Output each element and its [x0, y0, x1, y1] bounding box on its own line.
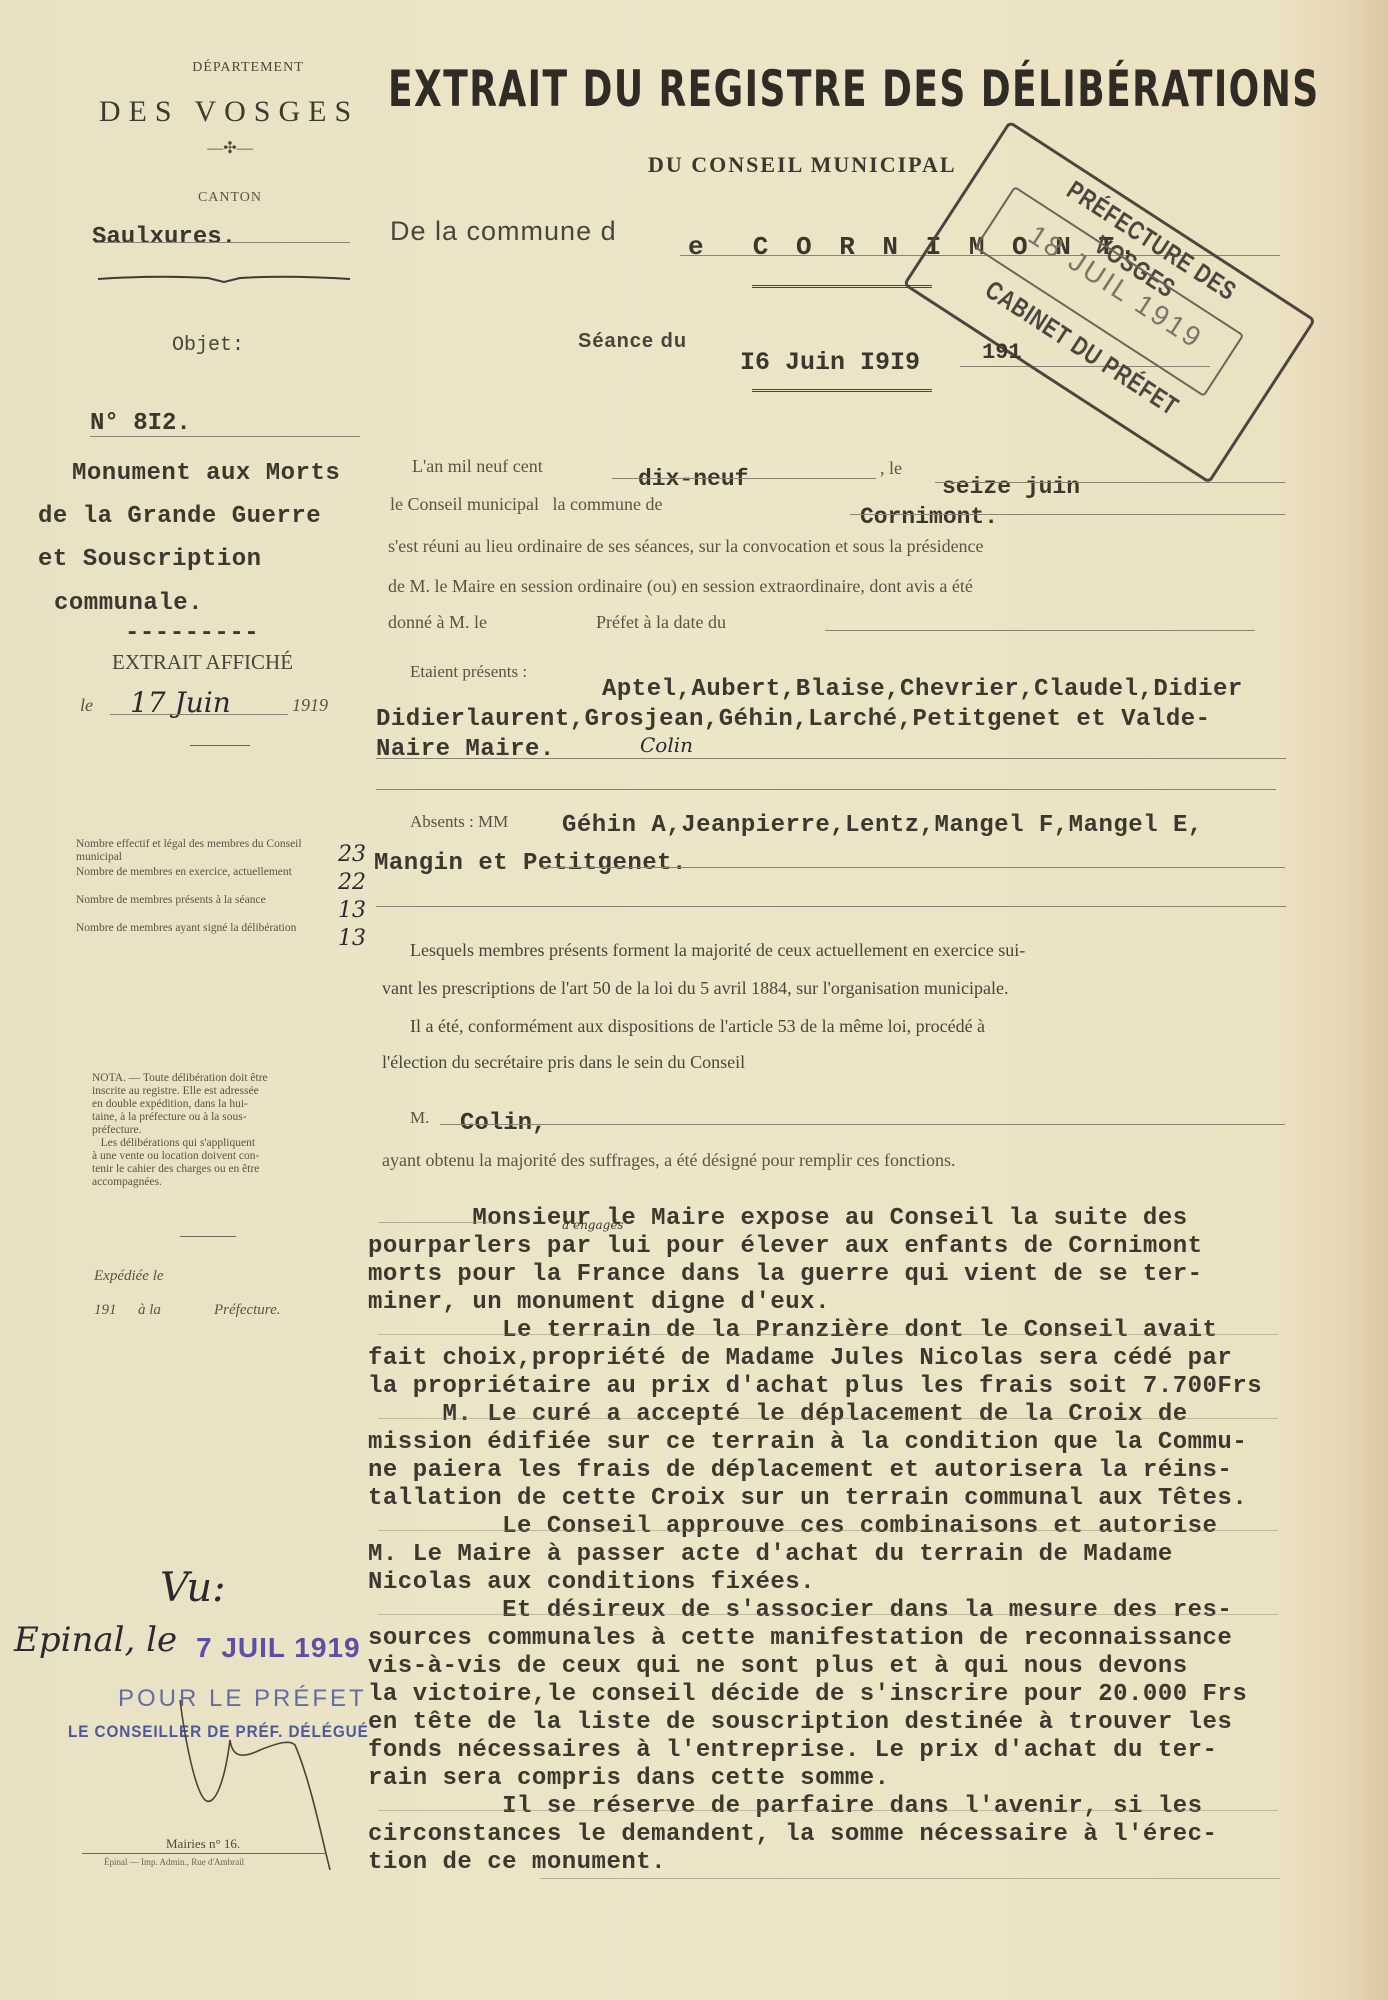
- body-line: tallation de cette Croix sur un terrain …: [368, 1485, 1368, 1513]
- stamp-overwrite-year: 191: [982, 340, 1022, 365]
- canton-value: Saulxures.: [92, 224, 236, 251]
- body-line: Nicolas aux conditions fixées.: [368, 1569, 1368, 1597]
- count-value: 22: [338, 870, 366, 895]
- date-value: seize juin: [942, 474, 1080, 500]
- body-line: la propriétaire au prix d'achat plus les…: [368, 1373, 1368, 1401]
- body-line: mission édifiée sur ce terrain à la cond…: [368, 1429, 1368, 1457]
- document-subtitle: DU CONSEIL MUNICIPAL: [648, 152, 957, 178]
- objet-label: Objet:: [172, 334, 244, 357]
- nota-line: accompagnées.: [92, 1176, 362, 1189]
- body-line: tion de ce monument.: [368, 1849, 1368, 1877]
- expediee-label: Expédiée le: [94, 1268, 164, 1285]
- body-line: vis-à-vis de ceux qui ne sont plus et à …: [368, 1653, 1368, 1681]
- canton-label: CANTON: [160, 190, 300, 206]
- body-line: miner, un monument digne d'eux.: [368, 1289, 1368, 1317]
- seance-double-rule: [752, 389, 932, 392]
- secretary-rule: [440, 1124, 1285, 1125]
- secretary-line-4: l'élection du secrétaire pris dans le se…: [382, 1052, 745, 1073]
- body-line: la victoire,le conseil décide de s'inscr…: [368, 1681, 1368, 1709]
- expediee-year: 191: [94, 1302, 117, 1319]
- nota-rule: [180, 1236, 236, 1237]
- body-line: ne paiera les frais de déplacement et au…: [368, 1457, 1368, 1485]
- an-label: L'an mil neuf cent: [412, 456, 543, 477]
- body-rule: [378, 1222, 498, 1223]
- department-name: DES VOSGES: [84, 95, 374, 129]
- nota-line: en double expédition, dans la hui-: [92, 1098, 362, 1111]
- body-line: Et désireux de s'associer dans la mesure…: [368, 1597, 1368, 1625]
- presents-line-3: Naire Maire.: [376, 736, 555, 764]
- preamble-line-5b: Préfet à la date du: [596, 612, 726, 633]
- body-line: M. Le Maire à passer acte d'achat du ter…: [368, 1541, 1368, 1569]
- subject-line-4: communale.: [54, 590, 203, 618]
- subject-line-1: Monument aux Morts: [72, 460, 340, 488]
- body-line: Le Conseil approuve ces combinaisons et …: [368, 1513, 1368, 1541]
- presents-line-1: Aptel,Aubert,Blaise,Chevrier,Claudel,Did…: [602, 676, 1243, 704]
- presents-rule-1: [376, 758, 1286, 759]
- canton-flourish: [98, 270, 350, 276]
- extrait-affiche-label: EXTRAIT AFFICHÉ: [112, 650, 293, 675]
- presents-rule-2: [376, 789, 1276, 790]
- commune-label: De la commune d: [390, 216, 617, 247]
- footer-rule: [82, 1853, 326, 1854]
- expediee-a-la: à la: [138, 1302, 161, 1319]
- nota-line: Les délibérations qui s'appliquent: [92, 1137, 362, 1150]
- body-line: Il se réserve de parfaire dans l'avenir,…: [368, 1793, 1368, 1821]
- extrait-affiche-prefix: le: [80, 695, 93, 716]
- ornament-icon: —✣—: [180, 138, 280, 158]
- secretary-line-5: ayant obtenu la majorité des suffrages, …: [382, 1150, 955, 1171]
- seance-date: I6 Juin I9I9: [740, 348, 920, 377]
- number-rule: [90, 436, 360, 437]
- prefet-date-rule: [825, 630, 1255, 631]
- absents-line-2: Mangin et Petitgenet.: [374, 850, 687, 878]
- extrait-rule: [110, 714, 288, 715]
- canton-rule: [95, 242, 350, 243]
- count-value: 13: [338, 926, 366, 951]
- an-rule: [612, 478, 876, 479]
- body-line: Monsieur le Maire expose au Conseil la s…: [368, 1205, 1368, 1233]
- document-title: EXTRAIT DU REGISTRE DES DÉLIBÉRATIONS: [388, 60, 1320, 118]
- count-label: Nombre de membres en exercice, actuellem…: [76, 866, 331, 879]
- secretary-m-label: M.: [410, 1108, 429, 1128]
- body-rule: [378, 1614, 1278, 1615]
- count-value: 23: [338, 842, 366, 867]
- body-line: sources communales à cette manifestation…: [368, 1625, 1368, 1653]
- subject-line-3: et Souscription: [38, 546, 262, 574]
- count-row: Nombre de membres ayant signé la délibér…: [76, 922, 366, 950]
- member-counts: Nombre effectif et légal des membres du …: [76, 838, 366, 950]
- nota-block: NOTA. — Toute délibération doit être ins…: [92, 1072, 362, 1189]
- deliberation-number: N° 8I2.: [90, 410, 191, 437]
- department-label: DÉPARTEMENT: [158, 60, 338, 76]
- prefecture-stamp: PRÉFECTURE DES VOSGES 18 JUIL 1919 CABIN…: [900, 120, 1319, 489]
- body-text: Monsieur le Maire expose au Conseil la s…: [368, 1205, 1368, 1877]
- conseil-label: le Conseil municipal la commune de: [390, 494, 662, 515]
- body-line: morts pour la France dans la guerre qui …: [368, 1261, 1368, 1289]
- vu-handwritten: Vu:: [160, 1565, 226, 1611]
- presents-handwritten: Colin: [640, 733, 693, 757]
- nota-line: taine, à la préfecture ou à la sous-: [92, 1111, 362, 1124]
- body-line: Le terrain de la Pranzière dont le Conse…: [368, 1317, 1368, 1345]
- body-rule: [378, 1810, 1278, 1811]
- count-row: Nombre de membres présents à la séance 1…: [76, 894, 366, 922]
- secretary-line-3: Il a été, conformément aux dispositions …: [410, 1016, 985, 1037]
- body-end-rule: [540, 1878, 1280, 1879]
- date-rule: [935, 482, 1285, 483]
- preamble-line-3: s'est réuni au lieu ordinaire de ses séa…: [388, 536, 984, 557]
- expediee-prefecture: Préfecture.: [214, 1302, 281, 1319]
- form-number: Mairies n° 16.: [166, 1836, 240, 1852]
- vu-date-stamp: 7 JUIL 1919: [196, 1632, 361, 1664]
- body-line: fonds nécessaires à l'entreprise. Le pri…: [368, 1737, 1368, 1765]
- body-line: fait choix,propriété de Madame Jules Nic…: [368, 1345, 1368, 1373]
- extrait-affiche-year: 1919: [292, 695, 328, 716]
- body-rule: [378, 1334, 1278, 1335]
- count-label: Nombre de membres présents à la séance: [76, 894, 331, 907]
- printer-line: Épinal — Imp. Admin., Rue d'Ambrail: [104, 1857, 244, 1867]
- le-label: , le: [880, 458, 902, 479]
- presents-line-2: Didierlaurent,Grosjean,Géhin,Larché,Peti…: [376, 706, 1211, 734]
- secretary-line-1: Lesquels membres présents forment la maj…: [410, 940, 1025, 961]
- commune-name-value: Cornimont.: [860, 504, 998, 530]
- epinal-handwritten: Epinal, le: [14, 1620, 177, 1660]
- extrait-short-rule: [190, 745, 250, 746]
- body-rule: [378, 1530, 1278, 1531]
- absents-line-1: Géhin A,Jeanpierre,Lentz,Mangel F,Mangel…: [562, 812, 1203, 840]
- body-rule: [378, 1418, 1278, 1419]
- body-line: circonstances le demandent, la somme néc…: [368, 1821, 1368, 1849]
- secretary-line-2: vant les prescriptions de l'art 50 de la…: [382, 978, 1009, 999]
- body-line: M. Le curé a accepté le déplacement de l…: [368, 1401, 1368, 1429]
- count-row: Nombre de membres en exercice, actuellem…: [76, 866, 366, 894]
- count-value: 13: [338, 898, 366, 923]
- preamble-line-5a: donné à M. le: [388, 612, 487, 633]
- count-label: Nombre effectif et légal des membres du …: [76, 838, 331, 864]
- preamble-line-4: de M. le Maire en session ordinaire (ou)…: [388, 576, 973, 597]
- nota-line: tenir le cahier des charges ou en être: [92, 1163, 362, 1176]
- nota-line: préfecture.: [92, 1124, 362, 1137]
- nota-line: NOTA. — Toute délibération doit être: [92, 1072, 362, 1085]
- absents-rule-2: [376, 906, 1286, 907]
- body-line: en tête de la liste de souscription dest…: [368, 1709, 1368, 1737]
- body-line: rain sera compris dans cette somme.: [368, 1765, 1368, 1793]
- presents-label: Etaient présents :: [410, 662, 527, 682]
- subject-separator: ---------: [125, 620, 259, 648]
- absents-label: Absents : MM: [410, 812, 508, 832]
- nota-line: à une vente ou location doivent con-: [92, 1150, 362, 1163]
- count-label: Nombre de membres ayant signé la délibér…: [76, 922, 331, 935]
- an-value: dix-neuf: [638, 466, 748, 492]
- count-row: Nombre effectif et légal des membres du …: [76, 838, 366, 866]
- subject-line-2: de la Grande Guerre: [38, 503, 321, 531]
- absents-rule-1: [540, 867, 1285, 868]
- conseil-rule: [850, 514, 1285, 515]
- nota-line: inscrite au registre. Elle est adressée: [92, 1085, 362, 1098]
- body-line: pourparlers par lui pour élever aux enfa…: [368, 1233, 1368, 1261]
- seance-label: Séance du: [578, 330, 687, 353]
